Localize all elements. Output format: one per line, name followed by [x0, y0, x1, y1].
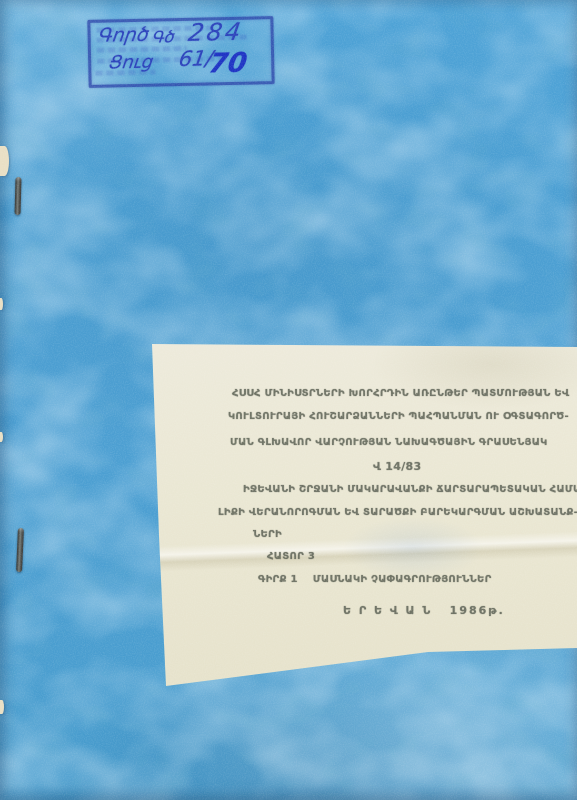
- label-book: ԳԻՐՔ 1 ՄԱՍՆԱԿԻ ՉԱՓԱԳՐՈՒԹՅՈՒՆՆԵՐ: [258, 574, 492, 585]
- paper-edge-notch: [0, 298, 3, 310]
- label-city-year: Ե Ր Ե Վ Ա Ն 1986թ.: [343, 604, 505, 617]
- label-line-7: ՆԵՐԻ: [253, 529, 282, 540]
- label-line-1: ՀՍՍՀ ՄԻՆԻՍՏՐՆԵՐԻ ԽՈՐՀՐԴԻՆ ԱՌԸՆԹԵՐ ՊԱՏՄՈՒ…: [232, 388, 569, 399]
- title-label: ՀՍՍՀ ՄԻՆԻՍՏՐՆԵՐԻ ԽՈՐՀՐԴԻՆ ԱՌԸՆԹԵՐ ՊԱՏՄՈՒ…: [146, 336, 577, 690]
- stamp-handwriting-code: Գծ: [151, 27, 176, 47]
- label-line-6: ԼԻՔԻ ՎԵՐԱՆՈՐՈԳՄԱՆ ԵՎ ՏԱՐԱԾՔԻ ԲԱՐԵԿԱՐԳՄԱՆ…: [218, 507, 577, 518]
- label-line-3: ՄԱՆ ԳԼԽԱՎՈՐ ՎԱՐՉՈՒԹՅԱՆ ՆԱԽԱԳԾԱՅԻՆ ԳՐԱՍԵՆ…: [230, 437, 548, 448]
- label-volume: ՀԱՏՈՐ 3: [267, 551, 315, 562]
- paper-edge-notch: [0, 700, 4, 714]
- label-line-5: ԻՋԵՎԱՆԻ ՇՐՋԱՆԻ ՄԱԿԱՐԱՎԱՆՔԻ ՃԱՐՏԱՐԱՊԵՏԱԿԱ…: [243, 484, 577, 495]
- paper-edge-notch: [0, 432, 3, 442]
- stamp-handwriting-number: 284: [186, 18, 245, 47]
- stamp-handwriting-word: Ցուց: [108, 52, 155, 74]
- staple-icon: [15, 177, 22, 215]
- stamp-handwriting-word: Գործ: [97, 24, 151, 47]
- archive-stamp: Գործ Գծ 284 Ցուց 61/ 70: [87, 16, 274, 88]
- scanned-cover-page: Գործ Գծ 284 Ցուց 61/ 70 ՀՍՍՀ ՄԻՆԻՍՏՐՆԵՐԻ…: [0, 0, 577, 800]
- stamp-handwriting-number: 70: [207, 48, 249, 80]
- label-project-code: Վ 14/83: [373, 460, 421, 473]
- paper-edge-notch: [0, 146, 9, 176]
- label-line-2: ԿՈՒԼՏՈՒՐԱՅԻ ՀՈՒՇԱՐՁԱՆՆԵՐԻ ՊԱՀՊԱՆՄԱՆ ՈՒ Օ…: [228, 411, 569, 422]
